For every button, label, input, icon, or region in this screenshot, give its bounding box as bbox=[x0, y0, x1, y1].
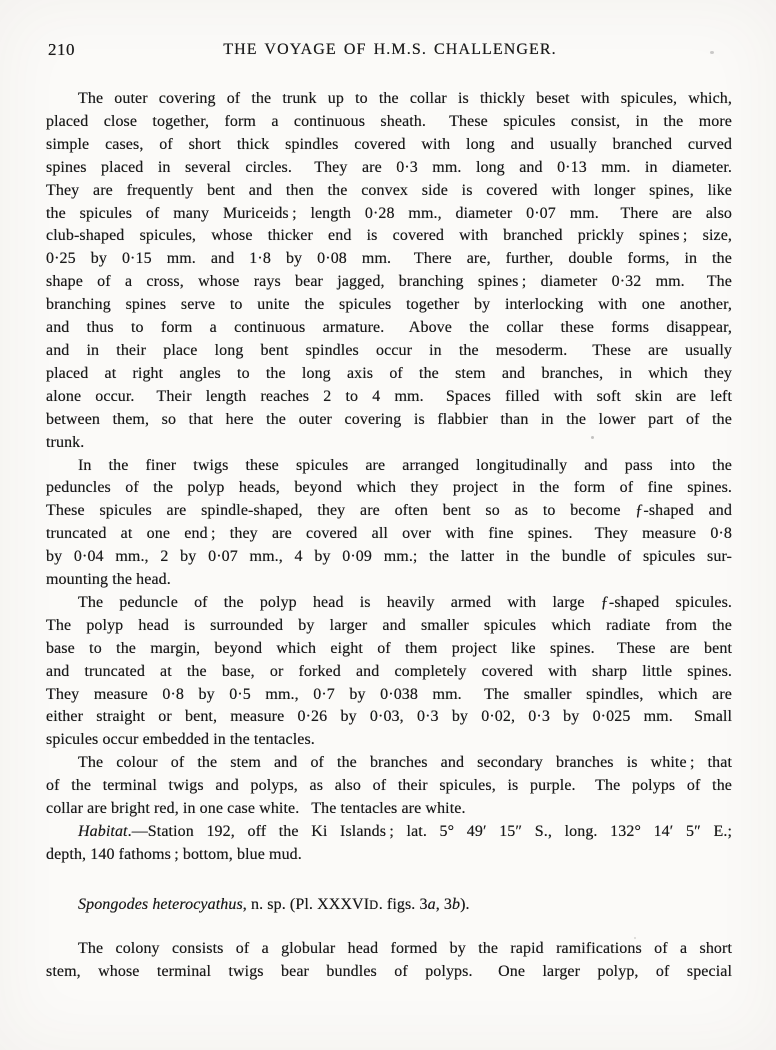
text-line: placed at right angles to the long axis … bbox=[46, 363, 732, 386]
text-segment: a bbox=[428, 896, 436, 913]
text-segment: D bbox=[369, 898, 379, 912]
running-title: THE VOYAGE OF H.M.S. CHALLENGER. bbox=[48, 41, 732, 59]
running-head: 210 THE VOYAGE OF H.M.S. CHALLENGER. bbox=[48, 40, 732, 60]
species-heading: Spongodes heterocyathus, n. sp. (Pl. XXX… bbox=[46, 894, 732, 917]
text-line: placed close together, form a continuous… bbox=[46, 111, 732, 134]
text-line: The colony consists of a globular head f… bbox=[46, 938, 732, 961]
text-line: and truncated at the base, or forked and… bbox=[46, 661, 732, 684]
text-line: They measure 0·8 by 0·5 mm., 0·7 by 0·03… bbox=[46, 684, 732, 707]
text-line: and thus to form a continuous armature. … bbox=[46, 317, 732, 340]
text-line: peduncles of the polyp heads, beyond whi… bbox=[46, 477, 732, 500]
text-line: alone occur. Their length reaches 2 to 4… bbox=[46, 386, 732, 409]
text-segment: Spongodes heterocyathus bbox=[78, 896, 243, 913]
text-line: the spicules of many Muriceids ; length … bbox=[46, 203, 732, 226]
text-line: base to the margin, beyond which eight o… bbox=[46, 638, 732, 661]
text-line: Habitat.—Station 192, off the Ki Islands… bbox=[46, 821, 732, 844]
text-line: collar are bright red, in one case white… bbox=[46, 798, 732, 821]
text-line: shape of a cross, whose rays bear jagged… bbox=[46, 271, 732, 294]
text-line: trunk. bbox=[46, 432, 732, 455]
text-line: depth, 140 fathoms ; bottom, blue mud. bbox=[46, 844, 732, 867]
text-segment: .—Station 192, off the Ki Islands ; lat.… bbox=[128, 823, 732, 840]
text-line: The outer covering of the trunk up to th… bbox=[46, 88, 732, 111]
scan-speck bbox=[634, 937, 636, 939]
text-segment: . figs. 3 bbox=[379, 896, 428, 913]
text-segment: Habitat bbox=[78, 823, 128, 840]
paragraph-colony: The colony consists of a globular head f… bbox=[46, 938, 732, 984]
page-body: The outer covering of the trunk up to th… bbox=[46, 88, 732, 984]
book-page: 210 THE VOYAGE OF H.M.S. CHALLENGER. The… bbox=[0, 0, 776, 1050]
paragraph-habitat: Habitat.—Station 192, off the Ki Islands… bbox=[46, 821, 732, 867]
text-line: and in their place long bent spindles oc… bbox=[46, 340, 732, 363]
text-line: The polyp head is surrounded by larger a… bbox=[46, 615, 732, 638]
text-line: truncated at one end ; they are covered … bbox=[46, 523, 732, 546]
text-line: by 0·04 mm., 2 by 0·07 mm., 4 by 0·09 mm… bbox=[46, 546, 732, 569]
text-line: They are frequently bent and then the co… bbox=[46, 180, 732, 203]
text-line: branching spines serve to unite the spic… bbox=[46, 294, 732, 317]
text-line: 0·25 by 0·15 mm. and 1·8 by 0·08 mm. The… bbox=[46, 248, 732, 271]
text-line: spines placed in several circles. They a… bbox=[46, 157, 732, 180]
text-line: The colour of the stem and of the branch… bbox=[46, 752, 732, 775]
text-line: These spicules are spindle-shaped, they … bbox=[46, 500, 732, 523]
text-line: In the finer twigs these spicules are ar… bbox=[46, 455, 732, 478]
paragraph-finer-twigs: In the finer twigs these spicules are ar… bbox=[46, 455, 732, 592]
text-line: either straight or bent, measure 0·26 by… bbox=[46, 706, 732, 729]
text-line: between them, so that here the outer cov… bbox=[46, 409, 732, 432]
text-line: The peduncle of the polyp head is heavil… bbox=[46, 592, 732, 615]
text-line: of the terminal twigs and polyps, as als… bbox=[46, 775, 732, 798]
paragraph-colour: The colour of the stem and of the branch… bbox=[46, 752, 732, 821]
text-line: spicules occur embedded in the tentacles… bbox=[46, 729, 732, 752]
text-segment: , 3 bbox=[436, 896, 452, 913]
scan-speck bbox=[591, 436, 594, 439]
text-line: mounting the head. bbox=[46, 569, 732, 592]
scan-speck bbox=[710, 51, 714, 54]
text-segment: , n. sp. (Pl. XXXVI bbox=[243, 896, 369, 913]
text-line: simple cases, of short thick spindles co… bbox=[46, 134, 732, 157]
paragraph-outer-covering: The outer covering of the trunk up to th… bbox=[46, 88, 732, 455]
text-line: club-shaped spicules, whose thicker end … bbox=[46, 225, 732, 248]
text-line: stem, whose terminal twigs bear bundles … bbox=[46, 961, 732, 984]
text-line: Spongodes heterocyathus, n. sp. (Pl. XXX… bbox=[46, 894, 732, 917]
text-segment: b bbox=[452, 896, 460, 913]
text-segment: ). bbox=[460, 896, 470, 913]
paragraph-peduncle: The peduncle of the polyp head is heavil… bbox=[46, 592, 732, 752]
